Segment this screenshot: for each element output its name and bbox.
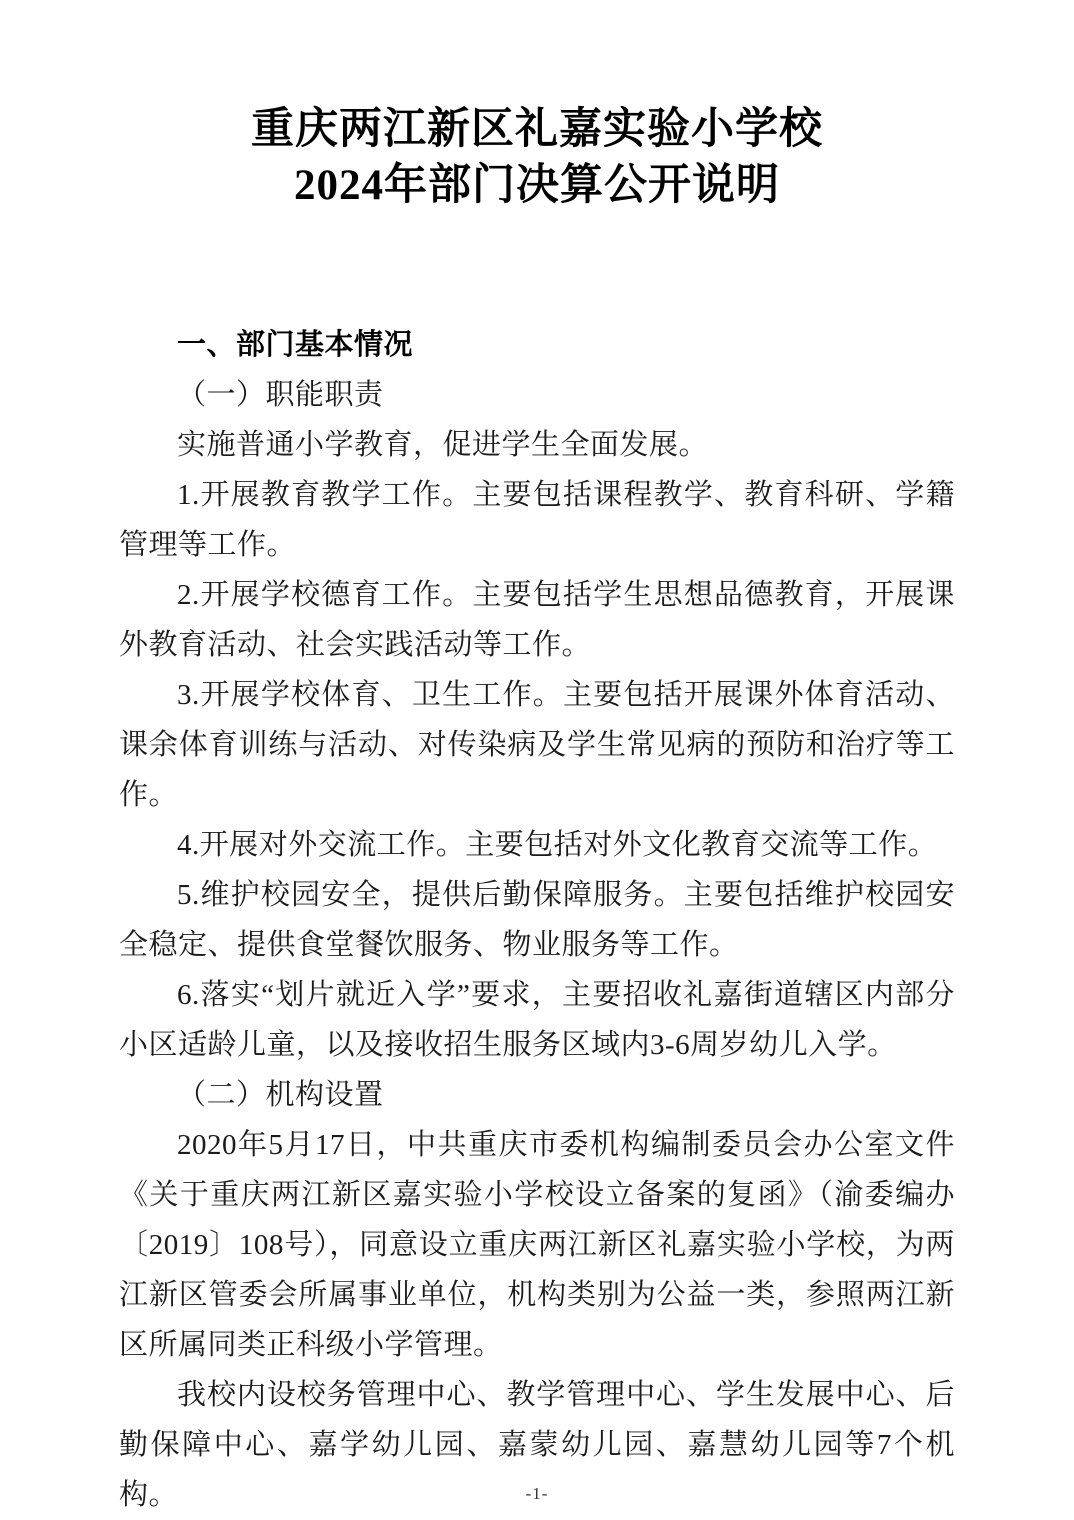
sub-heading-1-2: （二）机构设置 (119, 1070, 955, 1120)
paragraph-duty-3: 3.开展学校体育、卫生工作。主要包括开展课外体育活动、课余体育训练与活动、对传染… (119, 670, 955, 820)
document-title: 重庆两江新区礼嘉实验小学校 2024年部门决算公开说明 (0, 0, 1074, 214)
paragraph-duty-1: 1.开展教育教学工作。主要包括课程教学、教育科研、学籍管理等工作。 (119, 470, 955, 570)
document-body: 一、部门基本情况 （一）职能职责 实施普通小学教育，促进学生全面发展。 1.开展… (119, 320, 955, 1520)
paragraph-intro: 实施普通小学教育，促进学生全面发展。 (119, 420, 955, 470)
paragraph-duty-5: 5.维护校园安全，提供后勤保障服务。主要包括维护校园安全稳定、提供食堂餐饮服务、… (119, 870, 955, 970)
sub-heading-1-1: （一）职能职责 (119, 370, 955, 420)
document-title-line1: 重庆两江新区礼嘉实验小学校 (0, 102, 1074, 158)
paragraph-duty-6: 6.落实“划片就近入学”要求，主要招收礼嘉街道辖区内部分小区适龄儿童，以及接收招… (119, 970, 955, 1070)
paragraph-duty-2: 2.开展学校德育工作。主要包括学生思想品德教育，开展课外教育活动、社会实践活动等… (119, 570, 955, 670)
document-page: 重庆两江新区礼嘉实验小学校 2024年部门决算公开说明 一、部门基本情况 （一）… (0, 0, 1074, 1520)
document-title-line2: 2024年部门决算公开说明 (0, 158, 1074, 214)
paragraph-org-1: 2020年5月17日，中共重庆市委机构编制委员会办公室文件《关于重庆两江新区嘉实… (119, 1120, 955, 1370)
page-number: -1- (0, 1484, 1074, 1504)
section-heading-1: 一、部门基本情况 (119, 320, 955, 370)
paragraph-duty-4: 4.开展对外交流工作。主要包括对外文化教育交流等工作。 (119, 820, 955, 870)
